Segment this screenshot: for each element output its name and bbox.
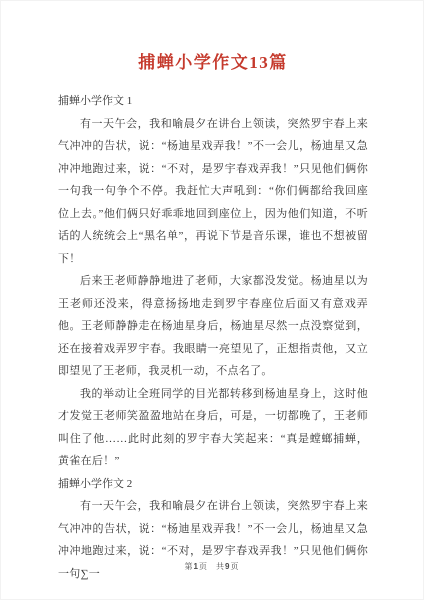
footer-page-prefix: 第: [185, 562, 194, 571]
section-1-paragraph-3: 我的举动让全班同学的目光都转移到杨迪星身上，这时他才发觉王老师笑盈盈地站在身后，…: [58, 383, 368, 473]
section-1-paragraph-1: 有一天午会，我和喻晨夕在讲台上领读，突然罗宇春上来气冲冲的告状，说：“杨迪星戏弄…: [58, 113, 368, 271]
footer-page-unit: 页: [199, 562, 208, 571]
section-2-heading: 捕蝉小学作文 2: [58, 473, 368, 496]
section-1-heading: 捕蝉小学作文 1: [58, 90, 368, 113]
footer-total-prefix: 共: [216, 562, 225, 571]
page-footer: 第1页共9页: [0, 561, 424, 572]
essay-section-1: 捕蝉小学作文 1 有一天午会，我和喻晨夕在讲台上领读，突然罗宇春上来气冲冲的告状…: [58, 90, 368, 473]
footer-total-unit: 页: [230, 562, 239, 571]
document-content: 捕蝉小学作文13篇 捕蝉小学作文 1 有一天午会，我和喻晨夕在讲台上领读，突然罗…: [0, 0, 424, 585]
section-1-paragraph-2: 后来王老师静静地进了老师，大家都没发觉。杨迪星以为王老师还没来，得意扬扬地走到罗…: [58, 270, 368, 383]
document-page: 捕蝉小学作文13篇 捕蝉小学作文 1 有一天午会，我和喻晨夕在讲台上领读，突然罗…: [0, 0, 424, 600]
document-title: 捕蝉小学作文13篇: [58, 50, 368, 76]
